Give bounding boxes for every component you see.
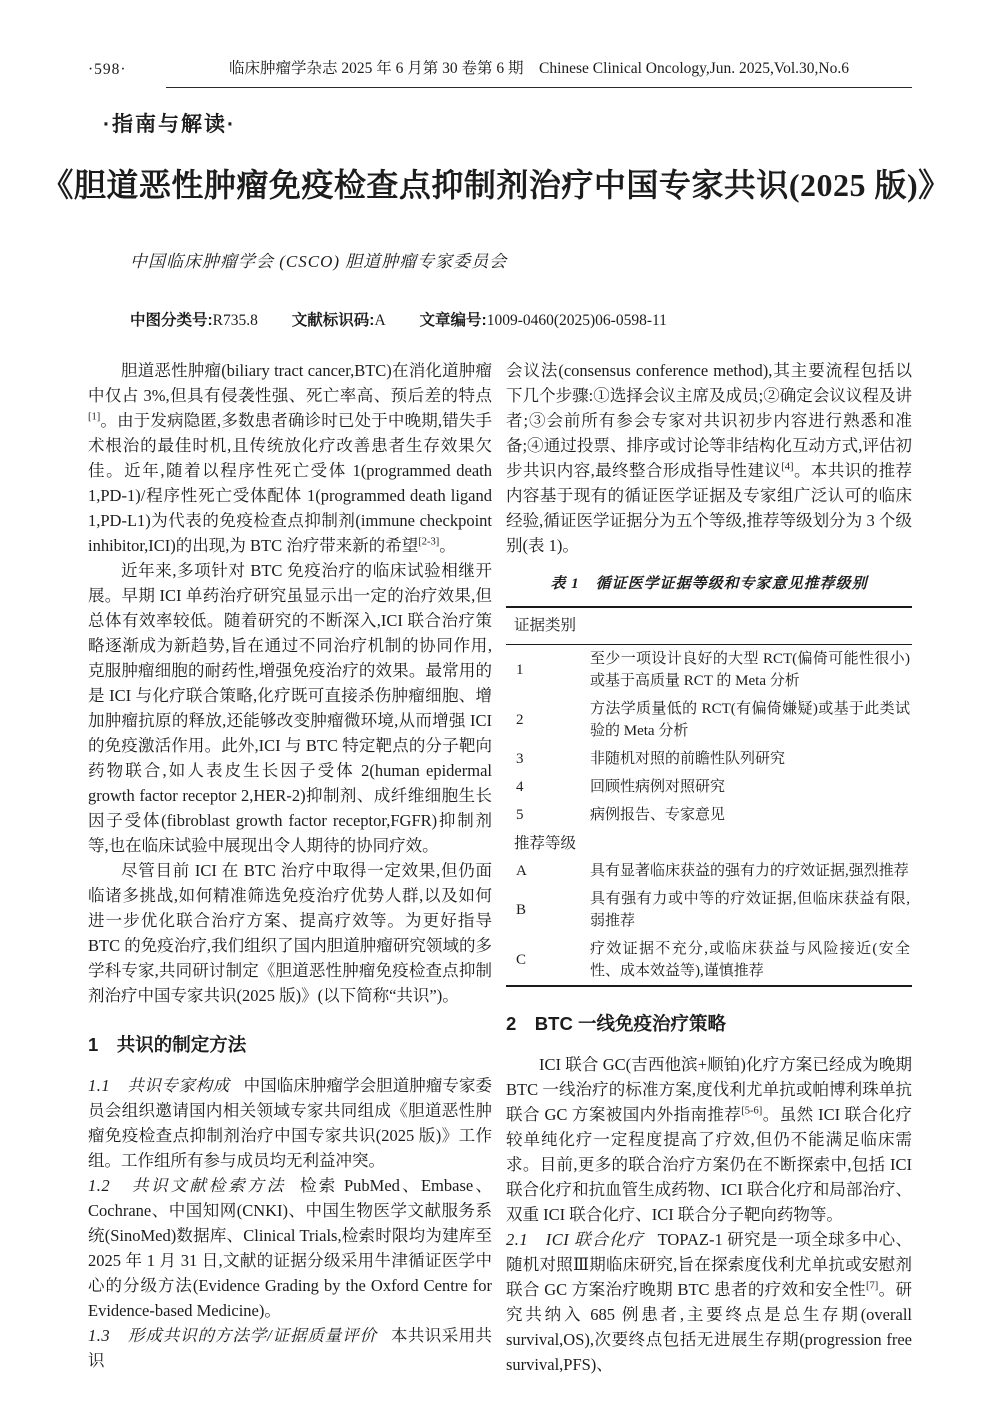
grade-cell: 3 [506, 748, 590, 770]
article-meta-line: 中图分类号:R735.8 文献标识码:A 文章编号:1009-0460(2025… [130, 308, 697, 330]
citation-superscript: [4] [781, 462, 793, 473]
clc-number: 中图分类号:R735.8 [130, 312, 258, 329]
table-row: 1至少一项设计良好的大型 RCT(偏倚可能性很小)或基于高质量 RCT 的 Me… [506, 645, 912, 695]
evidence-grade-table: 表 1 循证医学证据等级和专家意见推荐级别证据类别1至少一项设计良好的大型 RC… [506, 572, 912, 987]
description-cell: 病例报告、专家意见 [590, 804, 912, 826]
paragraph: 1.2 共识文献检索方法检索 PubMed、Embase、Cochrane、中国… [88, 1173, 492, 1323]
journal-header-line: 临床肿瘤学杂志 2025 年 6 月第 30 卷第 6 期 Chinese Cl… [166, 56, 912, 88]
table-recommend-header: 推荐等级 [506, 829, 912, 857]
paragraph: 尽管目前 ICI 在 BTC 治疗中取得一定效果,但仍面临诸多挑战,如何精准筛选… [88, 858, 492, 1008]
section-heading: 1 共识的制定方法 [88, 1032, 492, 1057]
description-cell: 方法学质量低的 RCT(有偏倚嫌疑)或基于此类试验的 Meta 分析 [590, 698, 912, 742]
paragraph-lead-label: 2.1 ICI 联合化疗 [506, 1230, 644, 1249]
section-heading: 2 BTC 一线免疫治疗策略 [506, 1011, 912, 1036]
paragraph: 1.3 形成共识的方法学/证据质量评价本共识采用共识 [88, 1323, 492, 1373]
description-cell: 具有显著临床获益的强有力的疗效证据,强烈推荐 [590, 860, 912, 882]
table-row: 4回顾性病例对照研究 [506, 773, 912, 801]
citation-superscript: [7] [866, 1281, 878, 1292]
paragraph: 近年来,多项针对 BTC 免疫治疗的临床试验相继开展。早期 ICI 单药治疗研究… [88, 558, 492, 858]
grade-cell: 2 [506, 698, 590, 742]
table-row: 3非随机对照的前瞻性队列研究 [506, 745, 912, 773]
grade-cell: 5 [506, 804, 590, 826]
paragraph-lead-label: 1.1 共识专家构成 [88, 1076, 230, 1095]
document-code: 文献标识码:A [292, 312, 386, 329]
citation-superscript: [2-3] [418, 537, 439, 548]
paragraph: 1.1 共识专家构成中国临床肿瘤学会胆道肿瘤专家委员会组织邀请国内相关领域专家共… [88, 1073, 492, 1173]
paragraph: 胆道恶性肿瘤(biliary tract cancer,BTC)在消化道肿瘤中仅… [88, 358, 492, 558]
grade-cell: A [506, 860, 590, 882]
article-id: 文章编号:1009-0460(2025)06-0598-11 [420, 312, 667, 329]
left-text-column: 胆道恶性肿瘤(biliary tract cancer,BTC)在消化道肿瘤中仅… [88, 358, 492, 1373]
paragraph: ICI 联合 GC(吉西他滨+顺铂)化疗方案已经成为晚期 BTC 一线治疗的标准… [506, 1052, 912, 1227]
grade-cell: 1 [506, 648, 590, 692]
paragraph-lead-label: 1.3 形成共识的方法学/证据质量评价 [88, 1326, 377, 1345]
article-title: 《胆道恶性肿瘤免疫检查点抑制剂治疗中国专家共识(2025 版)》 [0, 160, 992, 206]
table-row: 5病例报告、专家意见 [506, 801, 912, 829]
description-cell: 非随机对照的前瞻性队列研究 [590, 748, 912, 770]
column-section-label: ·指南与解读· [103, 108, 236, 138]
paragraph: 2.1 ICI 联合化疗TOPAZ-1 研究是一项全球多中心、随机对照Ⅲ期临床研… [506, 1227, 912, 1377]
table-body: 证据类别1至少一项设计良好的大型 RCT(偏倚可能性很小)或基于高质量 RCT … [506, 606, 912, 987]
table-caption: 表 1 循证医学证据等级和专家意见推荐级别 [506, 572, 912, 597]
description-cell: 至少一项设计良好的大型 RCT(偏倚可能性很小)或基于高质量 RCT 的 Met… [590, 648, 912, 692]
page-number: ·598· [88, 61, 166, 88]
paragraph: 会议法(consensus conference method),其主要流程包括… [506, 358, 912, 558]
description-cell: 回顾性病例对照研究 [590, 776, 912, 798]
citation-superscript: [1] [88, 412, 100, 423]
right-text-column: 会议法(consensus conference method),其主要流程包括… [506, 358, 912, 1377]
table-evidence-header: 证据类别 [506, 608, 912, 645]
grade-cell: B [506, 888, 590, 932]
table-row: C疗效证据不充分,或临床获益与风险接近(安全性、成本效益等),谨慎推荐 [506, 935, 912, 985]
description-cell: 具有强有力或中等的疗效证据,但临床获益有限,弱推荐 [590, 888, 912, 932]
authors-line: 中国临床肿瘤学会 (CSCO) 胆道肿瘤专家委员会 [130, 247, 507, 272]
citation-superscript: [5-6] [741, 1106, 762, 1117]
table-row: B具有强有力或中等的疗效证据,但临床获益有限,弱推荐 [506, 885, 912, 935]
grade-cell: 4 [506, 776, 590, 798]
table-row: 2方法学质量低的 RCT(有偏倚嫌疑)或基于此类试验的 Meta 分析 [506, 695, 912, 745]
grade-cell: C [506, 938, 590, 982]
paragraph-lead-label: 1.2 共识文献检索方法 [88, 1176, 286, 1195]
description-cell: 疗效证据不充分,或临床获益与风险接近(安全性、成本效益等),谨慎推荐 [590, 938, 912, 982]
page-header: ·598· 临床肿瘤学杂志 2025 年 6 月第 30 卷第 6 期 Chin… [88, 56, 912, 88]
table-row: A具有显著临床获益的强有力的疗效证据,强烈推荐 [506, 857, 912, 885]
